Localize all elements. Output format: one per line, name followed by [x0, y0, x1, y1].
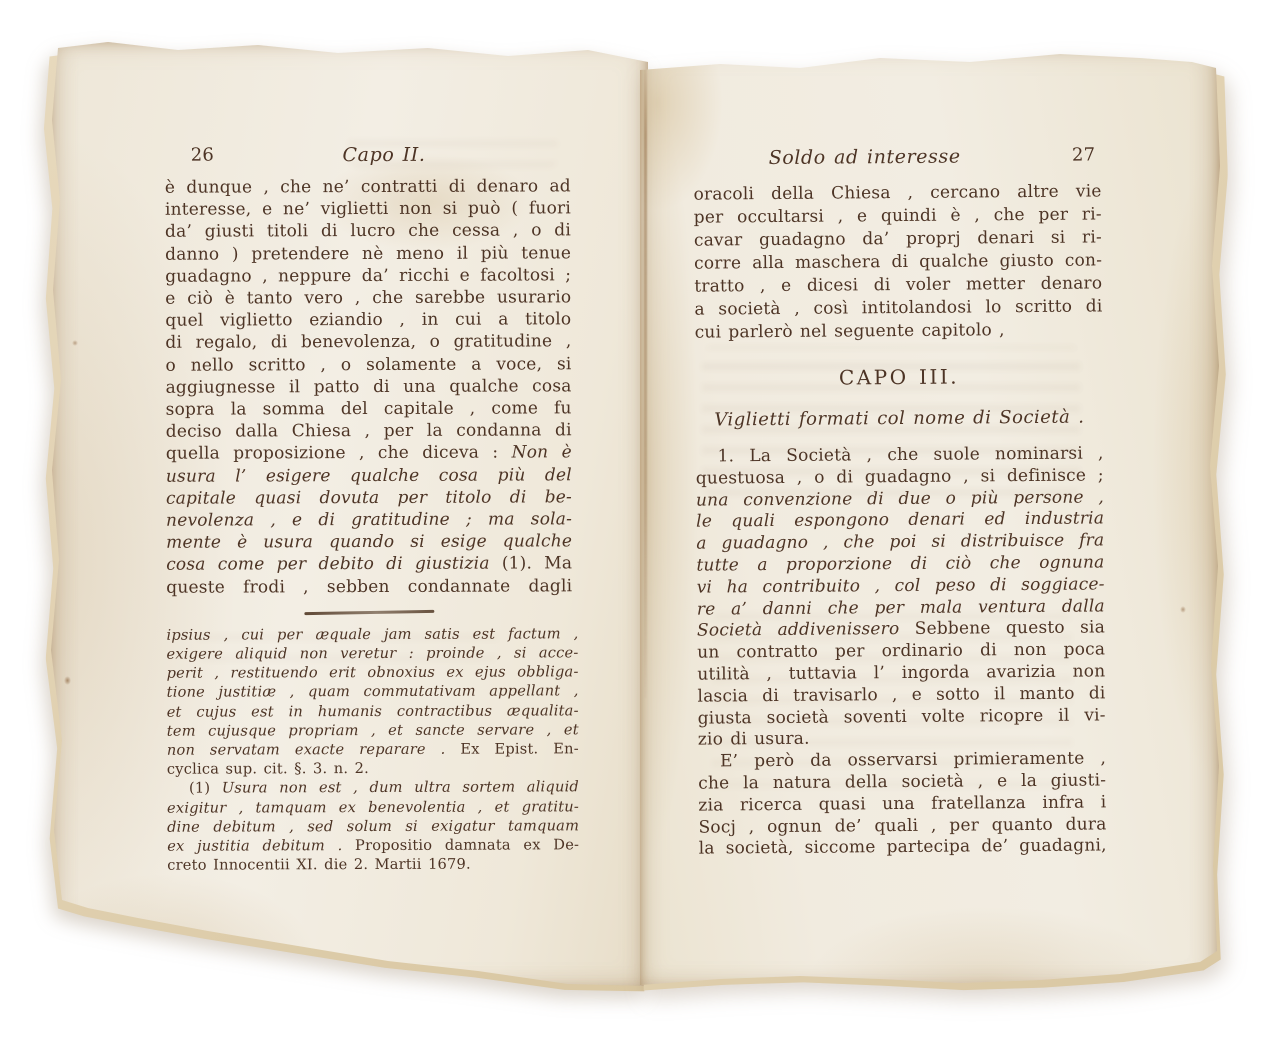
right-page-wrapper: Soldo ad interesse 27 oracoli della Chie… [640, 46, 1220, 991]
italic-text-segment: non servatam exacte reparare . [167, 741, 461, 759]
text-line: re a’ danni che per mala ventura dalla [697, 596, 1105, 621]
footnote-divider-rule [304, 610, 434, 615]
italic-text-segment: una convenzione di due o più persone , [696, 487, 1104, 510]
text-line: un contratto per ordinario di non poca [697, 640, 1105, 665]
italic-text-segment: a guadagno , che poi si distribuisce fra [696, 531, 1104, 554]
text-line: aggiugnesse il patto di una qualche cosa [166, 375, 572, 399]
italic-text-segment: Usura non est , dum ultra sortem aliquid [222, 779, 579, 797]
text-segment: di regalo, di benevolenza, o gratitudine… [165, 332, 571, 353]
text-line: tratto , e dicesi di voler metter denaro [694, 272, 1102, 298]
fox-spot [72, 340, 78, 346]
running-title: Soldo ad interesse [769, 146, 961, 170]
text-line: zia ricerca quasi una fratellanza infra … [698, 792, 1106, 817]
text-line: corre alla maschera di qualche giusto co… [694, 249, 1102, 275]
text-line: capitale quasi dovuta per titolo di be- [166, 486, 572, 510]
italic-text-segment: exigere aliquid non veretur : proinde , … [166, 644, 578, 662]
text-line: giusta società soventi volte ricopre il … [698, 705, 1106, 730]
text-line: a guadagno , che poi si distribuisce fra [696, 531, 1104, 556]
text-line: la società, siccome partecipa de’ guadag… [699, 836, 1107, 861]
text-line: usura l’ esigere qualche cosa più del [166, 464, 572, 488]
book-photo: { "book": { "colors": { "background": "#… [0, 0, 1280, 1046]
italic-text-segment: ex justitia debitum . [167, 837, 355, 855]
text-segment: o nello scritto , o solamente a voce, si [165, 354, 571, 375]
text-line: exigere aliquid non veretur : proinde , … [166, 643, 578, 664]
text-line: di regalo, di benevolenza, o gratitudine… [165, 331, 571, 355]
chapter-heading: CAPO III. [695, 363, 1103, 390]
text-segment: sopra la somma del capitale , come fu [166, 398, 572, 419]
text-line: E’ però da osservarsi primieramente , [698, 749, 1106, 774]
text-line: queste frodi , sebben condannate dagli [166, 575, 572, 599]
text-line: ipsius , cui per æquale jam satis est fa… [166, 624, 578, 645]
text-segment: che la natura della società , e la giust… [698, 770, 1106, 793]
text-segment: un contratto per ordinario di non poca [697, 640, 1105, 663]
text-segment: deciso dalla Chiesa , per la condanna di [166, 421, 572, 442]
text-segment: la società, siccome partecipa de’ guadag… [699, 836, 1107, 859]
text-line: che la natura della società , e la giust… [698, 770, 1106, 795]
text-segment: utilità , tuttavia l’ ingorda avarizia n… [697, 661, 1105, 684]
text-line: una convenzione di due o più persone , [696, 487, 1104, 512]
text-segment: tratto , e dicesi di voler metter denaro [694, 273, 1102, 296]
text-segment: (1) [189, 780, 222, 797]
gutter-fold-line [644, 58, 647, 698]
italic-text-segment: ipsius , cui per æquale jam satis est fa… [166, 625, 578, 643]
text-segment: zio di usura. [698, 729, 810, 750]
text-segment: giusta società soventi volte ricopre il … [698, 705, 1106, 728]
italic-text-segment: le quali espongono denari ed industria [696, 509, 1104, 532]
italic-text-segment: tutte a proporzione di ciò che ognuna [696, 552, 1104, 575]
footnote-text: ipsius , cui per æquale jam satis est fa… [166, 624, 579, 875]
text-line: cavar guadagno da’ proprj denari si ri- [694, 226, 1102, 252]
italic-text-segment: usura l’ esigere qualche cosa più del [166, 465, 572, 486]
page-number: 26 [191, 145, 214, 166]
text-segment: e ciò è tanto vero , che sarebbe usurari… [165, 287, 571, 308]
text-line: le quali espongono denari ed industria [696, 509, 1104, 534]
fox-spot [64, 676, 71, 685]
text-line: non servatam exacte reparare . Ex Epist.… [167, 739, 579, 760]
italic-text-segment: tem cujusque propriam , et sancte servar… [167, 721, 579, 739]
text-line: 1. La Società , che suole nominarsi , [696, 443, 1104, 468]
text-line: utilità , tuttavia l’ ingorda avarizia n… [697, 661, 1105, 686]
text-segment: cyclica sup. cit. §. 3. n. 2. [167, 760, 369, 778]
italic-text-segment: re a’ danni che per mala ventura dalla [697, 596, 1105, 619]
text-line: quel viglietto eziandio , in cui a titol… [165, 309, 571, 333]
text-segment: quella proposizione , che diceva : [166, 443, 512, 464]
text-line: lascia di travisarlo , e sotto il manto … [697, 683, 1105, 708]
text-line: perit , restituendo erit obnoxius ex eju… [167, 663, 579, 684]
text-line: oracoli della Chiesa , cercano altre vie [693, 180, 1101, 206]
text-segment: Sebbene questo sia [899, 618, 1105, 640]
text-line: è dunque , che ne’ contratti di denaro a… [165, 175, 571, 199]
italic-text-segment: capitale quasi dovuta per titolo di be- [166, 487, 572, 508]
text-line: o nello scritto , o solamente a voce, si [165, 353, 571, 377]
text-segment: queste frodi , sebben condannate dagli [166, 576, 572, 597]
body-text: oracoli della Chiesa , cercano altre vie… [693, 180, 1102, 344]
text-segment: è dunque , che ne’ contratti di denaro a… [165, 176, 571, 197]
italic-text-segment: tione justitiæ , quam commutativam appel… [167, 683, 579, 701]
italic-text-segment: dine debitum , sed solum si exigatur tam… [167, 817, 579, 835]
left-page-content: 26 Capo II. è dunque , che ne’ contratti… [165, 143, 574, 875]
text-segment: E’ però da osservarsi primieramente , [720, 749, 1106, 772]
text-segment: danno ) pretendere nè meno il più tenue [165, 243, 571, 264]
text-segment: per occultarsi , e quindi è , che per ri… [694, 204, 1102, 227]
text-line: cui parlerò nel seguente capitolo , [695, 318, 1103, 344]
text-segment: guadagno , neppure da’ ricchi e facoltos… [165, 265, 571, 286]
text-line: creto Innocentii XI. die 2. Martii 1679. [167, 855, 579, 876]
text-line: tione justitiæ , quam commutativam appel… [167, 682, 579, 703]
italic-text-segment: vi ha contribuito , col peso di soggiace… [697, 574, 1105, 597]
text-line: interesse, e ne’ viglietti non si può ( … [165, 197, 571, 221]
left-page-header: 26 Capo II. [165, 143, 571, 174]
text-line: quella proposizione , che diceva : Non è [166, 442, 572, 466]
italic-text-segment: Società addivenissero [697, 619, 900, 641]
text-line: da’ giusti titoli di lucro che cessa , o… [165, 220, 571, 244]
text-line: Società addivenissero Sebbene questo sia [697, 618, 1105, 643]
text-line: e ciò è tanto vero , che sarebbe usurari… [165, 286, 571, 310]
text-line: danno ) pretendere nè meno il più tenue [165, 242, 571, 266]
text-segment: zia ricerca quasi una fratellanza infra … [698, 792, 1106, 815]
italic-text-segment: et cujus est in humanis contractibus æqu… [167, 702, 579, 720]
text-line: tutte a proporzione di ciò che ognuna [696, 552, 1104, 577]
text-line: cosa come per debito di giustizia (1). M… [166, 553, 572, 577]
text-segment: quel viglietto eziandio , in cui a titol… [165, 310, 571, 331]
text-segment: cavar guadagno da’ proprj denari si ri- [694, 227, 1102, 250]
text-segment: Socj , ognun de’ quali , per quanto dura [698, 814, 1106, 837]
left-page-wrapper: 26 Capo II. è dunque , che ne’ contratti… [48, 40, 648, 992]
text-segment: cui parlerò nel seguente capitolo , [695, 320, 1005, 342]
italic-text-segment: Non è [512, 443, 572, 463]
text-line: ex justitia debitum . Propositio damnata… [167, 835, 579, 856]
text-line: et cujus est in humanis contractibus æqu… [167, 701, 579, 722]
italic-text-segment: perit , restituendo erit obnoxius ex eju… [167, 664, 579, 682]
text-line: mente è usura quando si esige qualche [166, 531, 572, 555]
open-book: 26 Capo II. è dunque , che ne’ contratti… [0, 0, 1280, 1046]
left-page: 26 Capo II. è dunque , che ne’ contratti… [48, 40, 648, 992]
text-line: tem cujusque propriam , et sancte servar… [167, 720, 579, 741]
text-line: (1) Usura non est , dum ultra sortem ali… [167, 778, 579, 799]
right-page: Soldo ad interesse 27 oracoli della Chie… [640, 46, 1220, 991]
text-line: Socj , ognun de’ quali , per quanto dura [698, 814, 1106, 839]
text-segment: corre alla maschera di qualche giusto co… [694, 250, 1102, 273]
text-segment: questuosa , o di guadagno , si definisce… [696, 465, 1104, 488]
text-line: sopra la somma del capitale , come fu [166, 397, 572, 421]
text-line: deciso dalla Chiesa , per la condanna di [166, 420, 572, 444]
body-text: è dunque , che ne’ contratti di denaro a… [165, 175, 572, 598]
right-page-content: Soldo ad interesse 27 oracoli della Chie… [693, 144, 1107, 860]
text-segment: aggiugnesse il patto di una qualche cosa [166, 376, 572, 397]
chapter-body-text: 1. La Società , che suole nominarsi ,que… [696, 443, 1107, 860]
text-line: per occultarsi , e quindi è , che per ri… [694, 203, 1102, 229]
text-segment: (1). Ma [490, 554, 573, 574]
text-line: zio di usura. [698, 727, 1106, 752]
text-line: guadagno , neppure da’ ricchi e facoltos… [165, 264, 571, 288]
chapter-subtitle: Viglietti formati col nome di Società . [695, 406, 1103, 430]
text-line: questuosa , o di guadagno , si definisce… [696, 465, 1104, 490]
text-segment: Ex Epist. En- [460, 740, 579, 757]
text-line: a società , così intitolandosi lo scritt… [694, 295, 1102, 321]
italic-text-segment: nevolenza , e di gratitudine ; ma sola- [166, 509, 572, 530]
text-line: exigitur , tamquam ex benevolentia , et … [167, 797, 579, 818]
italic-text-segment: cosa come per debito di giustizia [166, 554, 490, 575]
text-line: dine debitum , sed solum si exigatur tam… [167, 816, 579, 837]
text-segment: interesse, e ne’ viglietti non si può ( … [165, 198, 571, 219]
fox-spot [1180, 606, 1186, 613]
right-page-header: Soldo ad interesse 27 [693, 144, 1101, 177]
text-line: nevolenza , e di gratitudine ; ma sola- [166, 508, 572, 532]
text-line: vi ha contribuito , col peso di soggiace… [697, 574, 1105, 599]
text-segment: lascia di travisarlo , e sotto il manto … [697, 683, 1105, 706]
text-segment: creto Innocentii XI. die 2. Martii 1679. [167, 856, 471, 874]
page-number: 27 [1072, 144, 1095, 165]
text-segment: a società , così intitolandosi lo scritt… [694, 296, 1102, 319]
text-segment: oracoli della Chiesa , cercano altre vie [693, 181, 1101, 204]
running-title: Capo II. [342, 144, 425, 166]
italic-text-segment: mente è usura quando si esige qualche [166, 532, 572, 553]
text-segment: da’ giusti titoli di lucro che cessa , o… [165, 221, 571, 242]
text-line: cyclica sup. cit. §. 3. n. 2. [167, 759, 579, 780]
italic-text-segment: exigitur , tamquam ex benevolentia , et … [167, 798, 579, 816]
text-segment: 1. La Società , che suole nominarsi , [718, 443, 1104, 466]
text-segment: Propositio damnata ex De- [355, 836, 579, 854]
